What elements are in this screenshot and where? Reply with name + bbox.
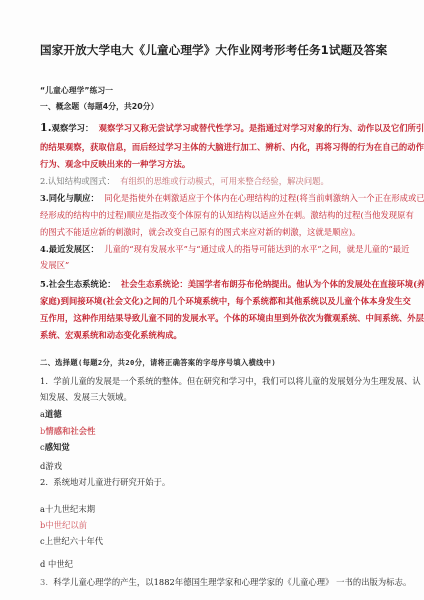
concept-item-1-line-3: 行为、观念中反映出来的一种学习方法。 (40, 158, 190, 170)
item-definition: 有组织的思维或行动模式，可用来整合经验，解决问题。 (120, 176, 329, 186)
question-number: 3. (40, 577, 48, 587)
item-definition: 社会生态系统论：美国学者布朗芬布伦纳提出。他认为个体的发展处在直接环境(养育 (121, 279, 424, 289)
item-definition: 观察学习又称无尝试学习或替代性学习。是指通过对学习对象的行为、动作以及它们所引起 (99, 123, 424, 133)
option-text: 上世纪六十年代 (45, 536, 103, 546)
question-1: 1. 学前儿童的发展是一个系统的整体。但在研究和学习中，我们可以将儿童的发展划分… (40, 375, 421, 387)
option-text: 道德 (45, 409, 62, 419)
document-title: 国家开放大学电大《儿童心理学》大作业网考形考任务1试题及答案 (40, 42, 387, 58)
concept-item-5-line-3: 互作用，这种作用结果导致儿童不同的发展水平。个体的环境由里到外依次为微观系统、中… (40, 312, 424, 324)
question-2-option-b-correct[interactable]: b中世纪以前 (40, 519, 87, 531)
item-term: 最近发展区： (49, 244, 99, 254)
option-text: 感知觉 (45, 442, 70, 452)
item-definition: 同化是指使外在刺激适应于个体内在心理结构的过程(将当前刺激纳入一个正在形成或已 (104, 193, 424, 203)
section2-heading: 二、选择题(每题2分，共20分，请将正确答案的字母序号填入横线中) (40, 357, 276, 369)
item-definition: 儿童的“现有发展水平”与“通过成人的指导可能达到的水平”之间，就是儿童的“最近 (104, 244, 409, 254)
item-number: 4. (40, 244, 49, 254)
concept-item-1-line-2: 的结果观察，获取信息，而后经过学习主体的大脑进行加工、辨析、内化，再将习得的行为… (40, 141, 424, 153)
question-3: 3. 科学儿童心理学的产生，以1882年德国生理学家和心理学家的《儿童心理》 一… (40, 576, 411, 588)
question-2-option-c[interactable]: c上世纪六十年代 (40, 535, 103, 547)
document-page: 国家开放大学电大《儿童心理学》大作业网考形考任务1试题及答案 “儿童心理学”练习… (0, 0, 424, 600)
item-number: 1. (40, 121, 52, 134)
option-text: 游戏 (45, 461, 62, 471)
concept-item-1: 1.观察学习： 观察学习又称无尝试学习或替代性学习。是指通过对学习对象的行为、动… (40, 122, 424, 134)
option-text: 十九世纪末期 (45, 504, 95, 514)
option-text: 中世纪 (45, 559, 73, 569)
question-1-option-a[interactable]: a道德 (40, 408, 62, 420)
concept-item-3-line-2: 经形成的结构中的过程)顺应是指改变个体原有的认知结构以适应外在刺。激结构的过程(… (40, 209, 414, 221)
item-term: 同化与顺应： (49, 193, 99, 203)
question-2-option-d[interactable]: d 中世纪 (40, 558, 73, 570)
section1-heading: 一、概念题（每题4分，共20分） (40, 101, 158, 113)
question-number: 2. (40, 477, 48, 487)
item-number: 3. (40, 193, 49, 203)
question-text: 科学儿童心理学的产生，以1882年德国生理学家和心理学家的《儿童心理》 一书的出… (53, 577, 411, 587)
concept-item-3: 3.同化与顺应： 同化是指使外在刺激适应于个体内在心理结构的过程(将当前刺激纳入… (40, 192, 424, 204)
exercise-label: “儿童心理学”练习一 (40, 85, 113, 97)
item-term: 观察学习： (52, 123, 94, 133)
question-2: 2. 系统地对儿童进行研究开始于。 (40, 476, 170, 488)
question-text: 系统地对儿童进行研究开始于。 (53, 477, 170, 487)
option-text: 情感和社会性 (45, 426, 95, 436)
concept-item-3-line-3: 的图式不能适应新的刺激时，就会改变自己原有的图式来应对新的刺激，这就是顺应)。 (40, 226, 360, 238)
item-term: 认知结构或图式： (48, 176, 115, 186)
question-1-option-b-correct[interactable]: b情感和社会性 (40, 425, 95, 437)
question-1-option-d[interactable]: d游戏 (40, 460, 62, 472)
concept-item-2: 2.认知结构或图式： 有组织的思维或行动模式，可用来整合经验，解决问题。 (40, 175, 329, 187)
question-1-option-c[interactable]: c感知觉 (40, 441, 70, 453)
concept-item-4-line-2: 发展区” (40, 259, 69, 271)
item-number: 2. (40, 176, 48, 186)
question-text: 学前儿童的发展是一个系统的整体。但在研究和学习中，我们可以将儿童的发展划分为生理… (53, 376, 420, 386)
question-number: 1. (40, 376, 48, 386)
item-number: 5. (40, 279, 49, 289)
question-1-line-2: 知发展、发展三大领域。 (40, 391, 132, 403)
concept-item-4: 4.最近发展区： 儿童的“现有发展水平”与“通过成人的指导可能达到的水平”之间，… (40, 243, 410, 255)
concept-item-5: 5.社会生态系统论： 社会生态系统论：美国学者布朗芬布伦纳提出。他认为个体的发展… (40, 278, 424, 290)
concept-item-5-line-2: 家庭)到间接环境(社会文化)之间的几个环境系统中，每个系统都和其他系统以及儿童个… (40, 295, 411, 307)
question-2-option-a[interactable]: a十九世纪末期 (40, 503, 95, 515)
option-text: 中世纪以前 (45, 520, 87, 530)
concept-item-5-line-4: 系统、宏观系统和动态变化系统构成。 (40, 329, 182, 341)
item-term: 社会生态系统论： (49, 279, 116, 289)
